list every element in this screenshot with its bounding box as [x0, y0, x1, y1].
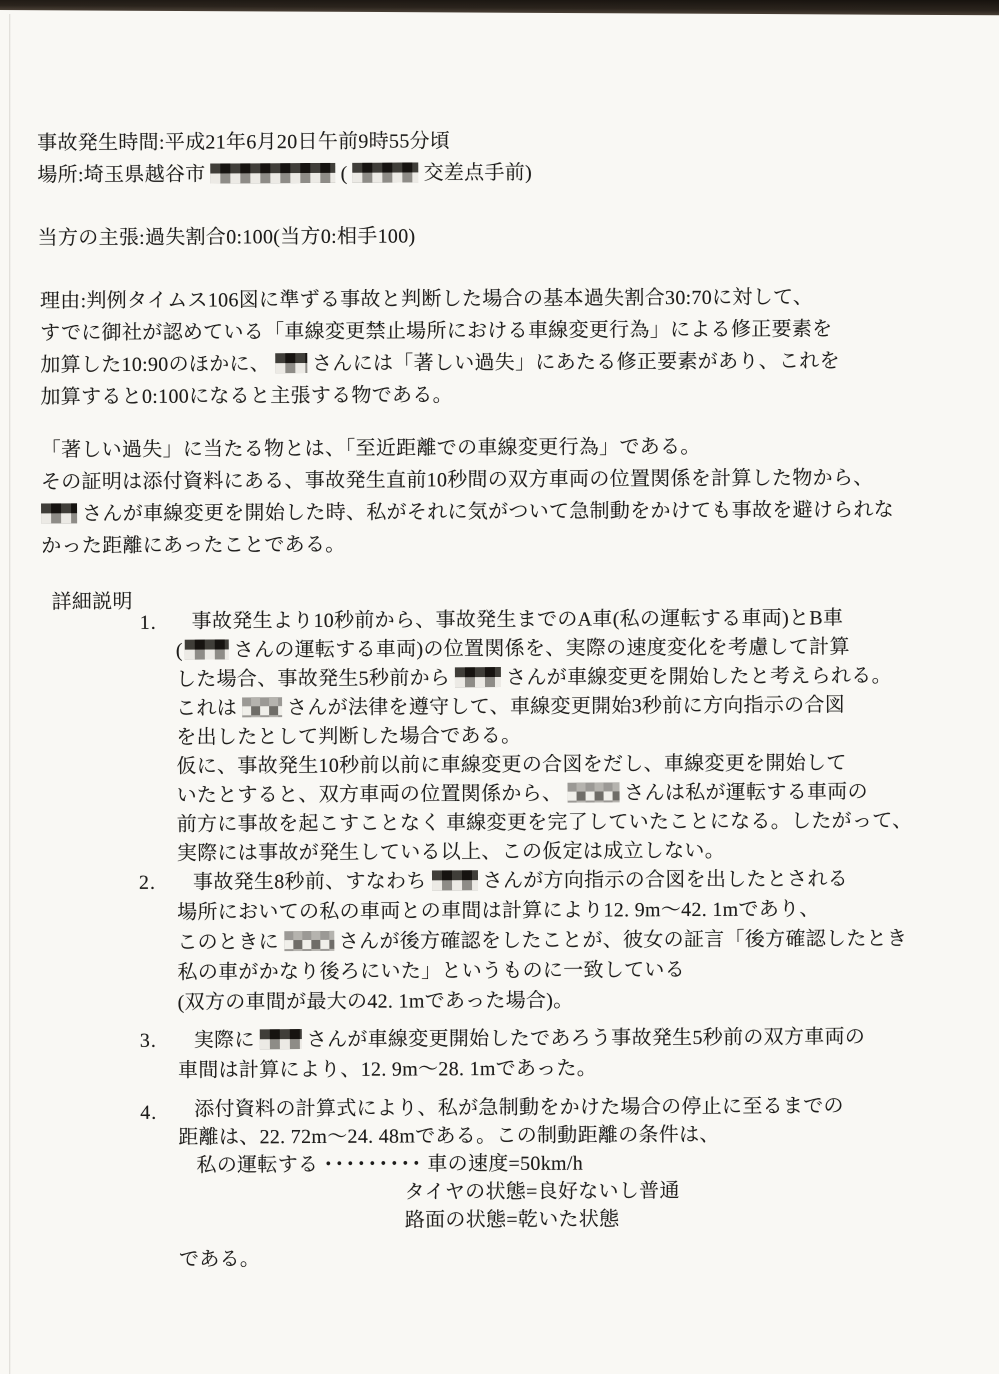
- reason-paragraph: 理由:判例タイムス106図に準ずる事故と判断した場合の基本過失割合30:70に対…: [40, 281, 840, 413]
- text-line: タイヤの状態=良好ないし普通: [179, 1176, 845, 1207]
- text-line: である。: [179, 1242, 845, 1273]
- text-line: 私の車がかなり後ろにいた」というものに一致している: [177, 954, 907, 988]
- text-segment: さんが車線変更開始したであろう事故発生5秒前の双方車両の: [307, 1026, 866, 1051]
- text-line: 添付資料の計算式により、私が急制動をかけた場合の停止に至るまでの: [178, 1092, 844, 1123]
- details-heading: 詳細説明: [51, 585, 132, 614]
- text-line: (さんの運転する車両)の位置関係を、実際の速度変化を考慮して計算: [176, 633, 912, 666]
- text-segment: いたとすると、双方車両の位置関係から、: [177, 783, 563, 807]
- dotted-leader: ・・・・・・・・・: [318, 1153, 417, 1176]
- text-segment: 私の運転する: [196, 1154, 318, 1177]
- text-line: (双方の車間が最大の42. 1mであった場合)。: [178, 984, 908, 1018]
- text-line: 距離は、22. 72m〜24. 48mである。この制動距離の条件は、: [178, 1120, 844, 1151]
- item-3-number: 3.: [140, 1030, 157, 1053]
- text-line: 前方に事故を起こすことなく 車線変更を完了していたことになる。したがって、: [177, 807, 913, 840]
- text-segment: さんは私が運転する車両の: [624, 781, 868, 804]
- text-segment: 事故発生8秒前、すなわち: [193, 870, 427, 893]
- text-line: 路面の状態=乾いた状態: [179, 1204, 845, 1235]
- text-segment: 実際に: [194, 1029, 255, 1051]
- text-line: 私の運転する・・・・・・・・・車の速度=50km/h: [178, 1148, 844, 1179]
- text-segment: さんが法律を遵守して、車線変更開始3秒前に方向指示の合図: [287, 694, 845, 719]
- text-line: 事故発生より10秒前から、事故発生までのA車(私の運転する車両)とB車: [176, 604, 912, 637]
- text-line: 理由:判例タイムス106図に準ずる事故と判断した場合の基本過失割合30:70に対…: [40, 281, 840, 317]
- redaction-mosaic: [567, 782, 619, 802]
- redaction-mosaic: [352, 162, 418, 182]
- item-2-body: 事故発生8秒前、すなわちさんが方向指示の合図を出したとされる 場所においての私の…: [177, 864, 908, 1018]
- text-segment: 交差点手前): [423, 162, 532, 185]
- text-line: 実際にさんが車線変更開始したであろう事故発生5秒前の双方車両の: [178, 1022, 865, 1056]
- item-4-body: 添付資料の計算式により、私が急制動をかけた場合の停止に至るまでの 距離は、22.…: [178, 1092, 845, 1273]
- redaction-mosaic: [455, 667, 501, 687]
- item-3-body: 実際にさんが車線変更開始したであろう事故発生5秒前の双方車両の 車間は計算により…: [178, 1022, 866, 1086]
- redaction-mosaic: [211, 163, 336, 184]
- accident-location-line: 場所:埼玉県越谷市(交差点手前): [37, 156, 532, 188]
- item-2-number: 2.: [139, 872, 156, 895]
- text-line: 加算した10:90のほかに、さんには「著しい過失」にあたる修正要素があり、これを: [40, 345, 840, 381]
- text-line: 「著しい過失」に当たる物とは、「至近距離での車線変更行為」である。: [41, 430, 894, 466]
- item-1-body: 事故発生より10秒前から、事故発生までのA車(私の運転する車両)とB車 (さんの…: [176, 604, 913, 869]
- text-line: すでに御社が認めている「車線変更禁止場所における車線変更行為」による修正要素を: [40, 313, 840, 349]
- text-line: 場所においての私の車両との車間は計算により12. 9m〜42. 1mであり、: [177, 894, 907, 928]
- redaction-mosaic: [185, 639, 229, 659]
- redaction-mosaic: [275, 353, 307, 373]
- text-segment: さんが車線変更を開始したと考えられる。: [506, 665, 892, 689]
- text-line: 仮に、事故発生10秒前以前に車線変更の合図をだし、車線変更を開始して: [176, 749, 912, 782]
- accident-time-line: 事故発生時間:平成21年6月20日午前9時55分頃: [37, 124, 450, 155]
- text-line: した場合、事故発生5秒前からさんが車線変更を開始したと考えられる。: [176, 662, 912, 695]
- text-line: これはさんが法律を遵守して、車線変更開始3秒前に方向指示の合図: [176, 691, 912, 724]
- text-line: かった距離にあったことである。: [41, 526, 894, 562]
- redaction-mosaic: [432, 870, 478, 890]
- text-segment: (: [341, 163, 348, 185]
- text-segment: した場合、事故発生5秒前から: [176, 667, 450, 690]
- text-segment: (: [176, 640, 183, 662]
- text-segment: これは: [176, 697, 237, 719]
- text-line: を出したとして判断した場合である。: [176, 720, 912, 753]
- text-segment: さんが後方確認をしたことが、彼女の証言「後方確認したとき: [339, 928, 908, 953]
- redaction-mosaic: [242, 697, 282, 717]
- text-segment: 車の速度=50km/h: [427, 1153, 583, 1176]
- text-segment: このときに: [177, 931, 279, 954]
- item-1-number: 1.: [140, 612, 157, 635]
- text-segment: さんの運転する車両)の位置関係を、実際の速度変化を考慮して計算: [234, 636, 850, 661]
- item-4-number: 4.: [140, 1102, 157, 1125]
- text-line: いたとすると、双方車両の位置関係から、さんは私が運転する車両の: [176, 778, 912, 811]
- redaction-mosaic: [41, 503, 77, 523]
- text-line: 加算すると0:100になると主張する物である。: [40, 377, 840, 413]
- text-segment: 場所:埼玉県越谷市: [37, 164, 205, 187]
- text-segment: さんが方向指示の合図を出したとされる: [483, 868, 849, 892]
- text-line: その証明は添付資料にある、事故発生直前10秒間の双方車両の位置関係を計算した物か…: [41, 462, 894, 498]
- text-line: さんが車線変更を開始した時、私がそれに気がついて急制動をかけても事故を避けられな: [41, 494, 894, 530]
- text-segment: さんが車線変更を開始した時、私がそれに気がついて急制動をかけても事故を避けられな: [82, 499, 894, 525]
- text-line: 事故発生8秒前、すなわちさんが方向指示の合図を出したとされる: [177, 864, 907, 898]
- claim-line: 当方の主張:過失割合0:100(当方0:相手100): [38, 219, 416, 250]
- negligence-paragraph: 「著しい過失」に当たる物とは、「至近距離での車線変更行為」である。 その証明は添…: [41, 430, 895, 562]
- scanned-document-page: 事故発生時間:平成21年6月20日午前9時55分頃 場所:埼玉県越谷市(交差点手…: [0, 0, 999, 1374]
- text-line: このときにさんが後方確認をしたことが、彼女の証言「後方確認したとき: [177, 924, 907, 958]
- text-line: 車間は計算により、12. 9m〜28. 1mであった。: [178, 1052, 865, 1086]
- text-segment: さんには「著しい過失」にあたる修正要素があり、これを: [312, 350, 840, 375]
- redaction-mosaic: [284, 931, 334, 951]
- redaction-mosaic: [260, 1029, 302, 1049]
- document-content: 事故発生時間:平成21年6月20日午前9時55分頃 場所:埼玉県越谷市(交差点手…: [0, 0, 999, 1374]
- text-segment: 加算した10:90のほかに、: [40, 353, 270, 376]
